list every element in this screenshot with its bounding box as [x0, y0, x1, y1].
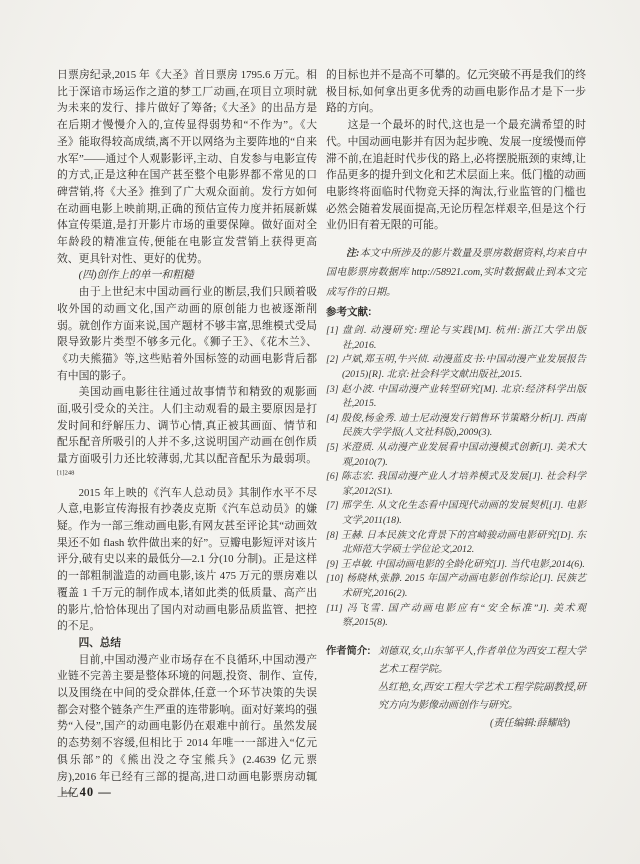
reference-item: [10] 杨晓林,张静. 2015 年国产动画电影创作综论[J]. 民族艺术研究…: [326, 572, 586, 601]
reference-item: [5] 米澄质. 从动漫产业发展看中国动漫模式创新[J]. 美术大观,2010(…: [326, 441, 586, 470]
paragraph-text: 美国动画电影往往通过故事情节和精致的观影画面,吸引受众的关注。人们主动观看的最主…: [57, 386, 317, 465]
body-paragraph: 由于上世纪末中国动画行业的断层,我们只顾着吸收外国的动画文化,国产动画的原创能力…: [57, 284, 317, 384]
right-column: 的目标也并不是高不可攀的。亿元突破不再是我们的终极目标,如何拿出更多优秀的动画电…: [326, 67, 586, 733]
reference-item: [2] 卢斌,郑玉明,牛兴侦. 动漫蓝皮书:中国动漫产业发展报告(2015)[R…: [326, 353, 586, 382]
reference-item: [8] 王赫. 日本民族文化背景下的宫崎骏动画电影研究[D]. 东北师范大学硕士…: [326, 529, 586, 558]
author-bio: 作者简介: 刘德双,女,山东邹平人,作者单位为西安工程大学艺术工程学院。 丛红艳…: [326, 643, 586, 733]
footnote-text: 本文中所涉及的影片数量及票房数据资料,均来自中国电影票房数据库 http://5…: [326, 248, 586, 298]
body-paragraph: 2015 年上映的《汽车人总动员》其制作水平不尽人意,电影宣传海报有抄袭皮克斯《…: [57, 485, 317, 635]
reference-item: [7] 邢学生. 从文化生态看中国现代动画的发展契机[J]. 电影文学,2011…: [326, 499, 586, 528]
body-paragraph: 日票房纪录,2015 年《大圣》首日票房 1795.6 万元。相比于深谙市场运作…: [57, 67, 317, 267]
reference-item: [9] 王卓敏. 中国动画电影的全龄化研究[J]. 当代电影,2014(6).: [326, 558, 586, 573]
subsection-heading-4: (四)创作上的单一和粗糙: [57, 267, 317, 284]
left-column: 日票房纪录,2015 年《大圣》首日票房 1795.6 万元。相比于深谙市场运作…: [57, 67, 317, 802]
author-bio-entry: 丛红艳,女,西安工程大学艺术工程学院副教授,研究方向为影像动画创作与研究。: [378, 679, 586, 715]
reference-item: [3] 赵小波. 中国动漫产业转型研究[M]. 北京:经济科学出版社,2015.: [326, 383, 586, 412]
responsible-editor-note: (责任编辑:薛耀晗): [378, 715, 586, 733]
reference-item: [11] 冯飞雪. 国产动画电影应有“安全标准”J]. 美术观察,2015(8)…: [326, 602, 586, 631]
body-paragraph: 这是一个最坏的时代,这也是一个最充满希望的时代。中国动画电影并有因为起步晚、发展…: [326, 117, 586, 234]
references-list: [1] 盘剑. 动漫研究:理论与实践[M]. 杭州:浙江大学出版社,2016. …: [326, 324, 586, 630]
references-heading: 参考文献:: [326, 304, 586, 320]
citation-superscript: [1]248: [57, 469, 74, 476]
body-paragraph: 的目标也并不是高不可攀的。亿元突破不再是我们的终极目标,如何拿出更多优秀的动画电…: [326, 67, 586, 117]
paper-page: 日票房纪录,2015 年《大圣》首日票房 1795.6 万元。相比于深谙市场运作…: [0, 0, 640, 864]
body-paragraph: 美国动画电影往往通过故事情节和精致的观影画面,吸引受众的关注。人们主动观看的最主…: [57, 384, 317, 484]
section-heading-summary: 四、总结: [57, 635, 317, 652]
author-bio-entry: 刘德双,女,山东邹平人,作者单位为西安工程大学艺术工程学院。: [378, 643, 586, 679]
author-bio-label: 作者简介:: [326, 643, 371, 661]
reference-item: [4] 殷俊,杨金秀. 迪士尼动漫发行销售环节策略分析[J]. 西南民族大学学报…: [326, 412, 586, 441]
body-paragraph: 目前,中国动漫产业市场存在不良循环,中国动漫产业链不完善主要是整体环境的问题,投…: [57, 652, 317, 802]
reference-item: [1] 盘剑. 动漫研究:理论与实践[M]. 杭州:浙江大学出版社,2016.: [326, 324, 586, 353]
reference-item: [6] 陈志宏. 我国动漫产业人才培养模式及发展[J]. 社会科学家,2012(…: [326, 470, 586, 499]
footnote-label: 注:: [346, 248, 360, 259]
footnote: 注:本文中所涉及的影片数量及票房数据资料,均来自中国电影票房数据库 http:/…: [326, 244, 586, 302]
page-number: — 40 —: [62, 785, 112, 800]
